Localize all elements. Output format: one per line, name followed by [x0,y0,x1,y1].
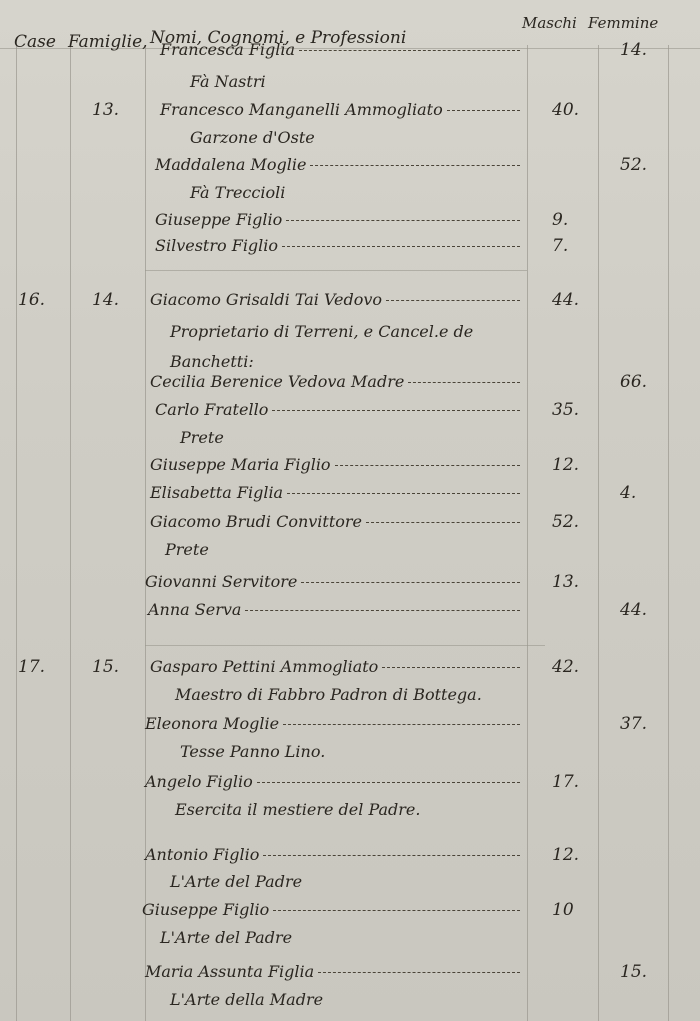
dash-leader [299,40,520,51]
person-entry: Esercita il mestiere del Padre. [175,800,420,819]
register-row: Fà Nastri [0,72,700,96]
person-entry: Maria Assunta Figlia [145,962,314,981]
person-entry: Giuseppe Maria Figlio [150,455,331,474]
male-age: 7. [552,236,602,256]
male-age: 10 [552,900,602,920]
person-entry: Fà Nastri [190,72,266,91]
person-entry: Giacomo Grisaldi Tai Vedovo [150,290,382,309]
register-row: Giacomo Brudi Convittore52. [0,512,700,536]
male-age: 12. [552,845,602,865]
register-row: 16.14.Giacomo Grisaldi Tai Vedovo44. [0,290,700,314]
dash-leader [283,714,520,725]
person-entry: Cecilia Berenice Vedova Madre [150,372,404,391]
person-entry: Francesca Figlia [160,40,295,59]
dash-leader [245,600,520,611]
dash-leader [447,100,520,111]
male-age: 40. [552,100,602,120]
female-age: 15. [620,962,680,982]
male-age: 52. [552,512,602,532]
person-entry: L'Arte del Padre [170,872,302,891]
dash-leader [382,657,520,668]
person-entry: Maddalena Moglie [155,155,306,174]
dash-leader [386,290,520,301]
female-age: 52. [620,155,680,175]
person-entry: Proprietario di Terreni, e Cancel.e de [170,322,473,341]
header-maschi: Maschi [522,14,577,32]
family-number: 14. [92,290,119,310]
person-entry: Giovanni Servitore [145,572,297,591]
person-entry: Tesse Panno Lino. [180,742,325,761]
register-row: Tesse Panno Lino. [0,742,700,766]
person-entry: Maestro di Fabbro Padron di Bottega. [175,685,482,704]
female-age: 37. [620,714,680,734]
dash-leader [272,400,520,411]
person-entry: Giacomo Brudi Convittore [150,512,362,531]
person-entry: Angelo Figlio [145,772,253,791]
female-age: 14. [620,40,680,60]
register-row: Garzone d'Oste [0,128,700,152]
person-entry: Silvestro Figlio [155,236,278,255]
family-separator [145,270,527,271]
house-number: 16. [18,290,45,310]
male-age: 44. [552,290,602,310]
person-entry: Giuseppe Figlio [142,900,269,919]
dash-leader [282,236,520,247]
register-row: Silvestro Figlio7. [0,236,700,260]
register-row: Francesca Figlia14. [0,40,700,64]
register-row: Giuseppe Maria Figlio12. [0,455,700,479]
register-row: 13.Francesco Manganelli Ammogliato40. [0,100,700,124]
register-row: Maestro di Fabbro Padron di Bottega. [0,685,700,709]
dash-leader [301,572,520,583]
register-row: Fà Treccioli [0,183,700,207]
register-row: Maddalena Moglie52. [0,155,700,179]
person-entry: Garzone d'Oste [190,128,315,147]
dash-leader [335,455,520,466]
register-row: L'Arte del Padre [0,928,700,952]
register-row: Antonio Figlio12. [0,845,700,869]
person-entry: L'Arte del Padre [160,928,292,947]
dash-leader [310,155,520,166]
dash-leader [318,962,520,973]
person-entry: Gasparo Pettini Ammogliato [150,657,378,676]
register-row: Anna Serva44. [0,600,700,624]
person-entry: Giuseppe Figlio [155,210,282,229]
person-entry: Carlo Fratello [155,400,268,419]
person-entry: Anna Serva [148,600,241,619]
register-row: Giuseppe Figlio10 [0,900,700,924]
male-age: 12. [552,455,602,475]
female-age: 44. [620,600,680,620]
register-row: Maria Assunta Figlia15. [0,962,700,986]
register-row: Esercita il mestiere del Padre. [0,800,700,824]
family-number: 13. [92,100,119,120]
register-row: 17.15.Gasparo Pettini Ammogliato42. [0,657,700,681]
person-entry: L'Arte della Madre [170,990,323,1009]
family-separator [145,645,545,646]
female-age: 4. [620,483,680,503]
male-age: 35. [552,400,602,420]
register-row: Cecilia Berenice Vedova Madre66. [0,372,700,396]
male-age: 17. [552,772,602,792]
register-row: Proprietario di Terreni, e Cancel.e de [0,322,700,346]
male-age: 13. [552,572,602,592]
dash-leader [257,772,520,783]
female-age: 66. [620,372,680,392]
person-entry: Prete [180,428,224,447]
male-age: 42. [552,657,602,677]
dash-leader [366,512,520,523]
male-age: 9. [552,210,602,230]
register-row: L'Arte del Padre [0,872,700,896]
register-row: Giuseppe Figlio9. [0,210,700,234]
person-entry: Eleonora Moglie [145,714,279,733]
dash-leader [286,210,520,221]
register-row: Prete [0,540,700,564]
person-entry: Fà Treccioli [190,183,285,202]
person-entry: Elisabetta Figlia [150,483,283,502]
register-row: Elisabetta Figlia4. [0,483,700,507]
dash-leader [263,845,520,856]
person-entry: Francesco Manganelli Ammogliato [160,100,443,119]
dash-leader [273,900,520,911]
register-row: Carlo Fratello35. [0,400,700,424]
dash-leader [408,372,520,383]
dash-leader [287,483,520,494]
register-row: L'Arte della Madre [0,990,700,1014]
register-row: Angelo Figlio17. [0,772,700,796]
house-number: 17. [18,657,45,677]
header-femmine: Femmine [588,14,658,32]
register-page: Case Famiglie, Nomi, Cognomi, e Professi… [0,0,700,1021]
person-entry: Prete [165,540,209,559]
person-entry: Banchetti: [170,352,254,371]
register-row: Giovanni Servitore13. [0,572,700,596]
register-row: Prete [0,428,700,452]
family-number: 15. [92,657,119,677]
register-row: Eleonora Moglie37. [0,714,700,738]
person-entry: Antonio Figlio [145,845,259,864]
